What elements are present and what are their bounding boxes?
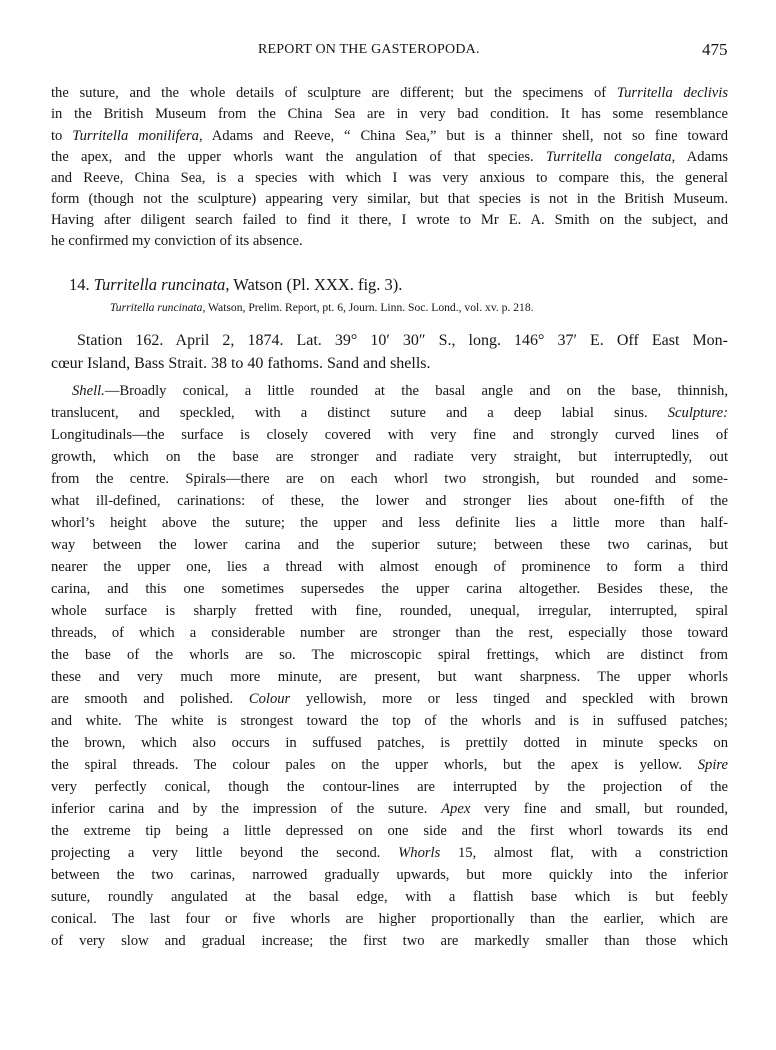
species-heading: 14. Turritella runcinata, Watson (Pl. XX… (69, 275, 402, 295)
text-line: the spiral threads. The colour pales on … (51, 755, 728, 775)
text-line: inferior carina and by the impression of… (51, 799, 728, 819)
species-name: Turritella runcinata (94, 275, 226, 294)
text-line: growth, which on the base are stronger a… (51, 447, 728, 467)
text-line: to Turritella monilifera, Adams and Reev… (51, 126, 728, 146)
text-line: Shell.—Broadly conical, a little rounded… (72, 381, 728, 401)
text-line: suture, roundly angulated at the basal e… (51, 887, 728, 907)
document-page: REPORT ON THE GASTEROPODA. 475 the sutur… (0, 0, 776, 1050)
text-line: carina, and this one sometimes supersede… (51, 579, 728, 599)
text-line: the apex, and the upper whorls want the … (51, 147, 728, 167)
text-line: these and very much more minute, are pre… (51, 667, 728, 687)
text-line: and Reeve, China Sea, is a species with … (51, 168, 728, 188)
text-line: he confirmed my conviction of its absenc… (51, 231, 728, 251)
text-line: very perfectly conical, though the conto… (51, 777, 728, 797)
text-line: projecting a very little beyond the seco… (51, 843, 728, 863)
text-line: the extreme tip being a little depressed… (51, 821, 728, 841)
text-line: whorl’s height above the suture; the upp… (51, 513, 728, 533)
text-line: the base of the whorls are so. The micro… (51, 645, 728, 665)
text-line: threads, of which a considerable number … (51, 623, 728, 643)
species-author-plate: , Watson (Pl. XXX. fig. 3). (225, 275, 402, 294)
text-line: translucent, and speckled, with a distin… (51, 403, 728, 423)
text-line: are smooth and polished. Colour yellowis… (51, 689, 728, 709)
text-line: form (though not the sculpture) appearin… (51, 189, 728, 209)
text-line: conical. The last four or five whorls ar… (51, 909, 728, 929)
text-line: Longitudinals—the surface is closely cov… (51, 425, 728, 445)
text-line: and white. The white is strongest toward… (51, 711, 728, 731)
text-line: Having after diligent search failed to f… (51, 210, 728, 230)
station-line-2: cœur Island, Bass Strait. 38 to 40 fatho… (51, 354, 728, 374)
text-line: between the two carinas, narrowed gradua… (51, 865, 728, 885)
text-line: nearer the upper one, lies a thread with… (51, 557, 728, 577)
text-line: from the centre. Spirals—there are on ea… (51, 469, 728, 489)
text-line: whole surface is sharply fretted with fi… (51, 601, 728, 621)
text-line: the brown, which also occurs in suffused… (51, 733, 728, 753)
running-title: REPORT ON THE GASTEROPODA. (258, 42, 480, 58)
page-number: 475 (702, 40, 728, 60)
species-number: 14. (69, 275, 90, 294)
text-line: of very slow and gradual increase; the f… (51, 931, 728, 951)
running-head: REPORT ON THE GASTEROPODA. 475 (0, 40, 776, 62)
text-line: the suture, and the whole details of scu… (51, 83, 728, 103)
text-line: in the British Museum from the China Sea… (51, 104, 728, 124)
species-citation: Turritella runcinata, Watson, Prelim. Re… (110, 301, 534, 314)
station-line-1: Station 162. April 2, 1874. Lat. 39° 10′… (77, 331, 728, 351)
text-line: what ill-defined, carinations: of these,… (51, 491, 728, 511)
text-line: way between the lower carina and the sup… (51, 535, 728, 555)
